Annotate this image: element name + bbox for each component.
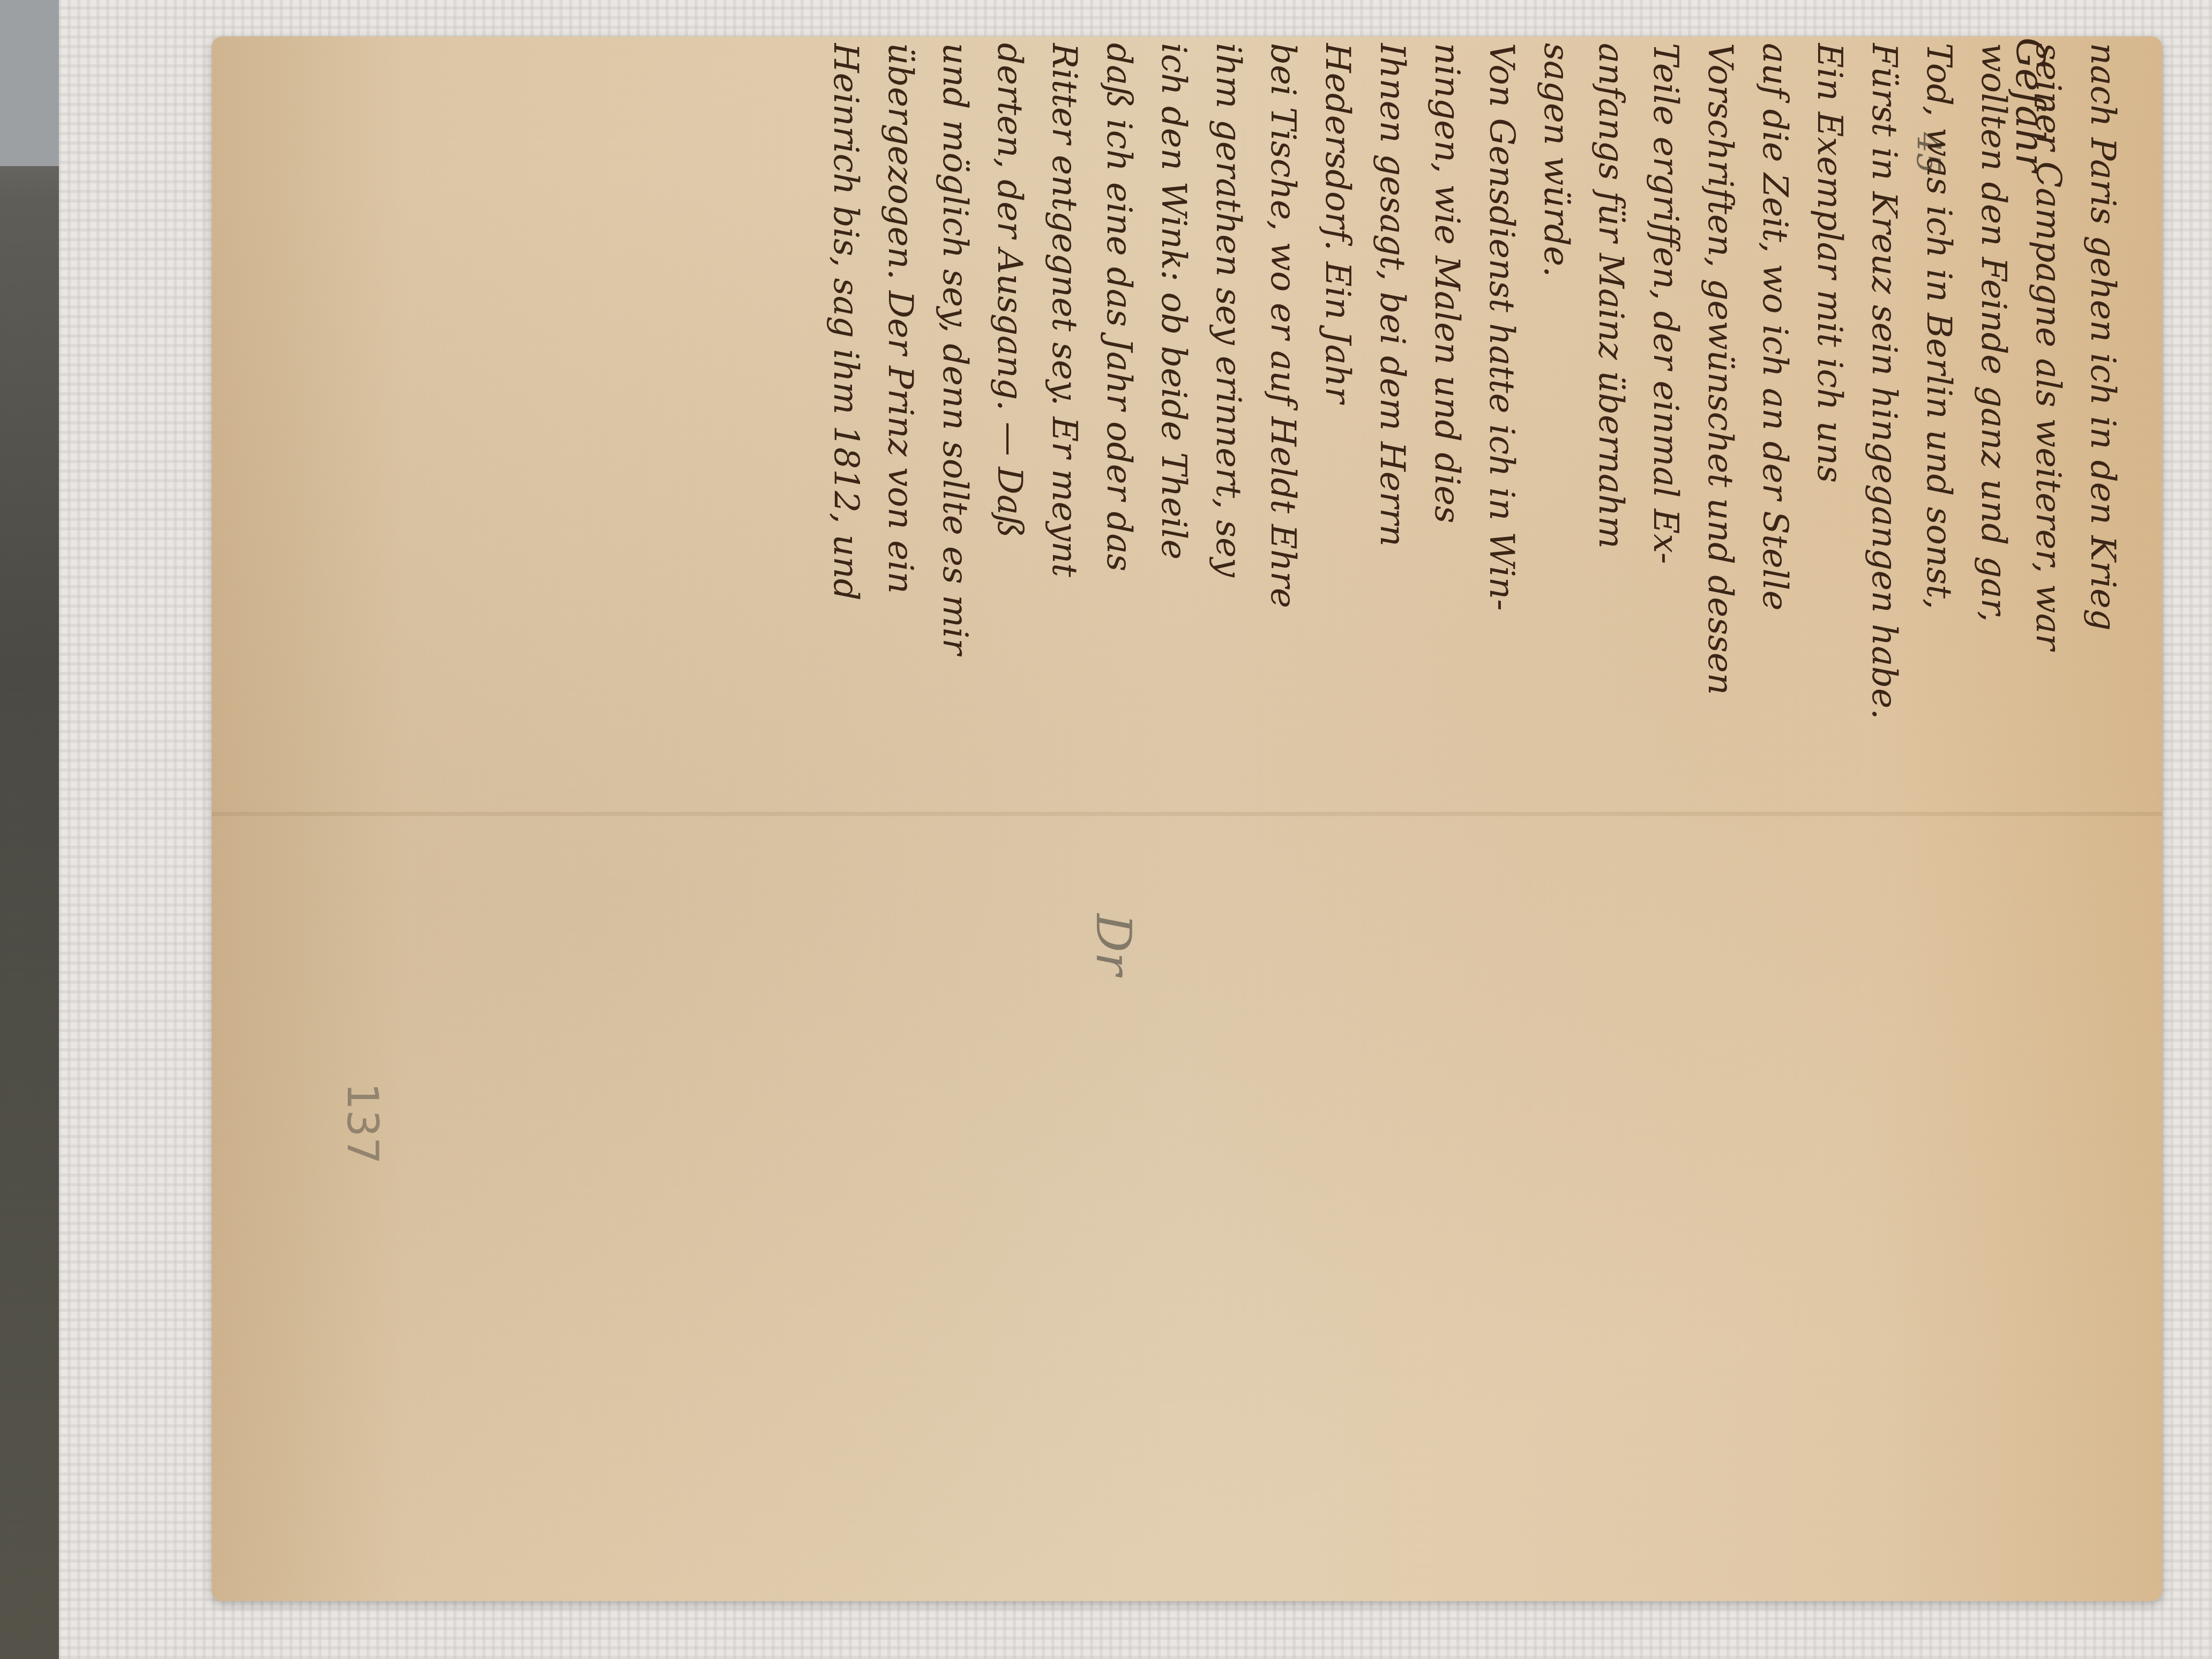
text-line: derten, der Ausgang. — Daß (982, 43, 1037, 847)
text-line: Tod, was ich in Berlin und sonst, (1911, 43, 1966, 847)
text-line: und möglich sey, denn sollte es mir (928, 43, 982, 847)
text-line: auf die Zeit, wo ich an der Stelle (1747, 43, 1802, 847)
text-line: bei Tische, wo er auf Heldt Ehre (1256, 43, 1310, 847)
text-line: nach Paris gehen ich in den Krieg (2075, 43, 2130, 847)
text-line: Teile ergriffen, der einmal Ex- (1638, 43, 1693, 847)
text-line: Ein Exemplar mit ich uns (1802, 43, 1857, 847)
text-line: Heinrich bis, sag ihm 1812, und (818, 43, 873, 847)
text-line: Ritter entgegnet sey. Er meynt (1037, 43, 1092, 847)
pencil-mark: Dr (1085, 914, 1141, 975)
letter-text: nach Paris gehen ich in den Krieg seiner… (818, 43, 2130, 847)
text-line: daß ich eine das Jahr oder das (1092, 43, 1146, 847)
signature-fragment: Gefahr (2007, 38, 2052, 172)
archive-number: 137 (338, 1082, 387, 1164)
adjacent-card (0, 0, 59, 166)
text-line: Fürst in Kreuz sein hingegangen habe. (1857, 43, 1911, 847)
text-line: ningen, wie Malen und dies (1419, 43, 1474, 847)
text-line: sagen würde. (1529, 43, 1583, 847)
text-line: ich den Wink: ob beide Theile (1146, 43, 1201, 847)
text-line: Vorschriften, gewünschet und dessen (1693, 43, 1747, 847)
text-line: Ihnen gesagt, bei dem Herrn (1365, 43, 1419, 847)
text-line: übergezogen. Der Prinz von ein (873, 43, 928, 847)
text-line: Hedersdorf. Ein Jahr (1310, 43, 1365, 847)
text-line: ihm gerathen sey erinnert, sey (1201, 43, 1256, 847)
text-line: Von Gensdienst hatte ich in Win- (1474, 43, 1529, 847)
text-line: anfangs für Mainz übernahm (1583, 43, 1638, 847)
background-shadow (0, 0, 59, 1659)
